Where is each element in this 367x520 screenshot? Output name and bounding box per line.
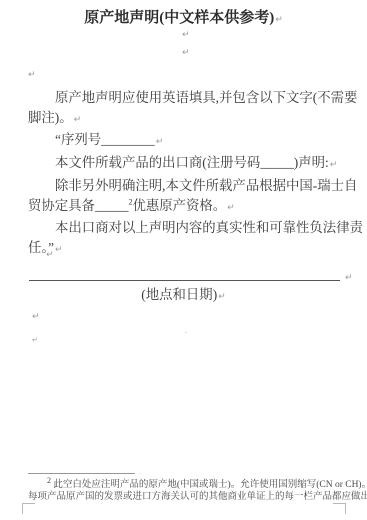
paragraph-mark-icon: ↵ bbox=[275, 15, 283, 25]
paragraph-mark-icon: . bbox=[185, 327, 187, 335]
footnote-number: 2 bbox=[47, 476, 51, 485]
paragraph-mark-icon: ↵ bbox=[32, 312, 40, 322]
paragraph-mark-icon: ↵ bbox=[46, 250, 54, 260]
body-line-serial-number: “序列号________↵ bbox=[28, 130, 358, 153]
margin-corner-mark bbox=[333, 503, 346, 514]
paragraph-mark-icon: ↵ bbox=[227, 203, 235, 213]
body-line-exporter: 本文件所载产品的出口商(注册号码_____)声明:↵ bbox=[28, 153, 358, 176]
paragraph-mark-icon: ↵ bbox=[74, 115, 82, 125]
signature-line bbox=[29, 264, 340, 281]
footnote: 2 此空白处应注明产品的原产地(中国或瑞士)。允许使用国别缩写(CN or CH… bbox=[28, 480, 348, 504]
body-text: 原产地声明应使用英语填具,并包含以下文字(不需要 脚注)。↵ “序列号_____… bbox=[28, 88, 358, 261]
footnote-separator bbox=[28, 473, 135, 474]
body-line: 除非另外明确注明,本文件所载产品根据中国-瑞士自 bbox=[28, 176, 358, 196]
body-line: 原产地声明应使用英语填具,并包含以下文字(不需要 bbox=[28, 88, 358, 108]
paragraph-mark-icon: ↵ bbox=[55, 245, 63, 255]
body-line-preference: 贸协定具备_____2优惠原产资格。↵ bbox=[28, 196, 358, 219]
paragraph-mark-icon: ↵ bbox=[330, 160, 338, 170]
document-title: 原产地声明(中文样本供参考)↵ bbox=[0, 6, 367, 27]
body-line: 本出口商对以上声明内容的真实性和可靠性负法律责 bbox=[28, 218, 358, 238]
footnote-line: 每项产品原产国的发票或进口方海关认可的其他商业单证上的每一栏产品都应做出指引。↵ bbox=[28, 492, 348, 504]
paragraph-mark-icon: ↵ bbox=[218, 292, 226, 302]
signature-caption: (地点和日期)↵ bbox=[0, 284, 367, 303]
paragraph-mark-icon: ↵ bbox=[32, 336, 38, 344]
body-line: 任。”↵ bbox=[28, 238, 358, 261]
paragraph-mark-icon: ↵ bbox=[182, 48, 190, 58]
footnote-line: 2 此空白处应注明产品的原产地(中国或瑞士)。允许使用国别缩写(CN or CH… bbox=[28, 480, 348, 492]
body-line: 脚注)。↵ bbox=[28, 108, 358, 131]
title-text: 原产地声明(中文样本供参考) bbox=[84, 10, 274, 26]
document-page: 原产地声明(中文样本供参考)↵ ↵ ↵ ↵ 原产地声明应使用英语填具,并包含以下… bbox=[0, 0, 367, 520]
paragraph-mark-icon: ↵ bbox=[345, 273, 353, 283]
margin-corner-mark bbox=[22, 503, 35, 514]
footnote-separator-mark: . bbox=[139, 468, 141, 476]
paragraph-mark-icon: ↵ bbox=[156, 137, 164, 147]
paragraph-mark-icon: ↵ bbox=[182, 30, 190, 40]
paragraph-mark-icon: ↵ bbox=[28, 70, 36, 80]
